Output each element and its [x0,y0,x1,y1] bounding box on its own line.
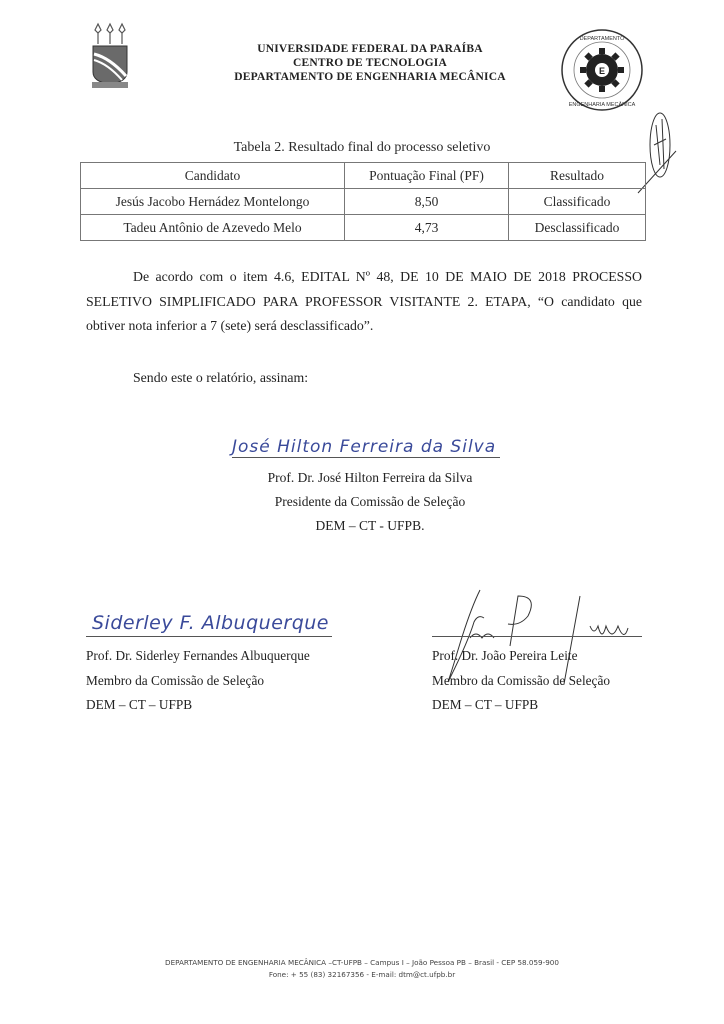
footer-address: DEPARTAMENTO DE ENGENHARIA MECÂNICA –CT-… [0,957,724,969]
institution-header: UNIVERSIDADE FEDERAL DA PARAÍBA CENTRO D… [200,42,540,84]
member-right-role: Membro da Comissão de Seleção [432,669,610,694]
member-right-name: Prof. Dr. João Pereira Leite [432,644,610,669]
candidate-name: Tadeu Antônio de Azevedo Melo [81,215,345,241]
result-status: Desclassificado [509,215,646,241]
table-caption: Tabela 2. Resultado final do processo se… [0,140,724,156]
member-left-handwritten-signature: Siderley F. Albuquerque [92,612,332,634]
column-header-result: Resultado [509,163,646,189]
header-center: CENTRO DE TECNOLOGIA [200,56,540,70]
signature-line [432,636,642,637]
column-header-score: Pontuação Final (PF) [345,163,509,189]
final-score: 8,50 [345,189,509,215]
signature-line [232,457,500,458]
president-unit: DEM – CT - UFPB. [200,514,540,538]
result-status: Classificado [509,189,646,215]
member-left-signature-area: Siderley F. Albuquerque [92,612,332,634]
final-score: 4,73 [345,215,509,241]
member-left-name: Prof. Dr. Siderley Fernandes Albuquerque [86,644,310,669]
table-row: Tadeu Antônio de Azevedo Melo 4,73 Descl… [81,215,646,241]
president-signature-block: Prof. Dr. José Hilton Ferreira da Silva … [200,466,540,538]
president-role: Presidente da Comissão de Seleção [200,490,540,514]
president-signature-area: José Hilton Ferreira da Silva [232,437,502,458]
footer-contact: Fone: + 55 (83) 32167356 - E-mail: dtm@c… [0,969,724,981]
closing-paragraph: Sendo este o relatório, assinam: [133,366,308,391]
president-handwritten-signature: José Hilton Ferreira da Silva [232,437,502,457]
member-left-signature-block: Prof. Dr. Siderley Fernandes Albuquerque… [86,644,310,718]
table-header-row: Candidato Pontuação Final (PF) Resultado [81,163,646,189]
gear-seal-icon: E DEPARTAMENTO ENGENHARIA MECÂNICA [560,28,644,112]
table-row: Jesús Jacobo Hernádez Montelongo 8,50 Cl… [81,189,646,215]
results-table: Candidato Pontuação Final (PF) Resultado… [80,162,646,241]
signature-line [86,636,332,637]
header-department: DEPARTAMENTO DE ENGENHARIA MECÂNICA [200,70,540,84]
svg-text:ENGENHARIA MECÂNICA: ENGENHARIA MECÂNICA [569,101,636,108]
member-left-unit: DEM – CT – UFPB [86,693,310,718]
member-right-unit: DEM – CT – UFPB [432,693,610,718]
president-name: Prof. Dr. José Hilton Ferreira da Silva [200,466,540,490]
edital-paragraph: De acordo com o item 4.6, EDITAL Nº 48, … [86,265,642,339]
column-header-candidate: Candidato [81,163,345,189]
member-left-role: Membro da Comissão de Seleção [86,669,310,694]
ufpb-crest-icon [90,20,130,92]
header-university: UNIVERSIDADE FEDERAL DA PARAÍBA [200,42,540,56]
svg-text:E: E [599,66,605,76]
svg-text:DEPARTAMENTO: DEPARTAMENTO [580,36,626,42]
page-footer: DEPARTAMENTO DE ENGENHARIA MECÂNICA –CT-… [0,957,724,981]
candidate-name: Jesús Jacobo Hernádez Montelongo [81,189,345,215]
member-right-signature-block: Prof. Dr. João Pereira Leite Membro da C… [432,644,610,718]
